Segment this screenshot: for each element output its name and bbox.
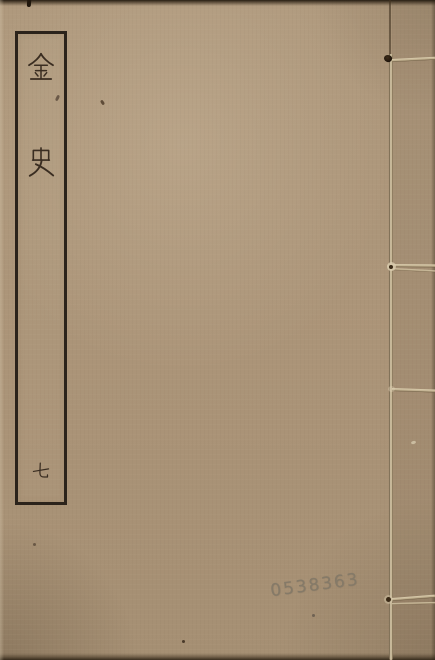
binding-thread-vertical xyxy=(389,54,393,660)
binding-stitch-2 xyxy=(392,264,435,267)
cover-left-edge xyxy=(0,0,4,660)
volume-character-qi xyxy=(32,461,50,479)
title-character-jin xyxy=(26,52,56,82)
spine-title-label xyxy=(15,31,67,505)
title-character-shi xyxy=(25,146,57,178)
spine-fold-area xyxy=(392,0,435,660)
cover-bottom-edge xyxy=(0,653,435,660)
stitch-hole-bottom xyxy=(386,597,391,602)
cover-top-edge xyxy=(0,0,435,6)
thread-knot-lower xyxy=(388,386,395,392)
book-cover: 0538363 xyxy=(0,0,435,660)
speck-3 xyxy=(33,543,36,546)
pencil-dot-mark xyxy=(312,614,315,617)
top-edge-mark xyxy=(27,0,31,7)
stitch-hole-middle xyxy=(389,265,393,269)
speck-4 xyxy=(182,640,185,643)
